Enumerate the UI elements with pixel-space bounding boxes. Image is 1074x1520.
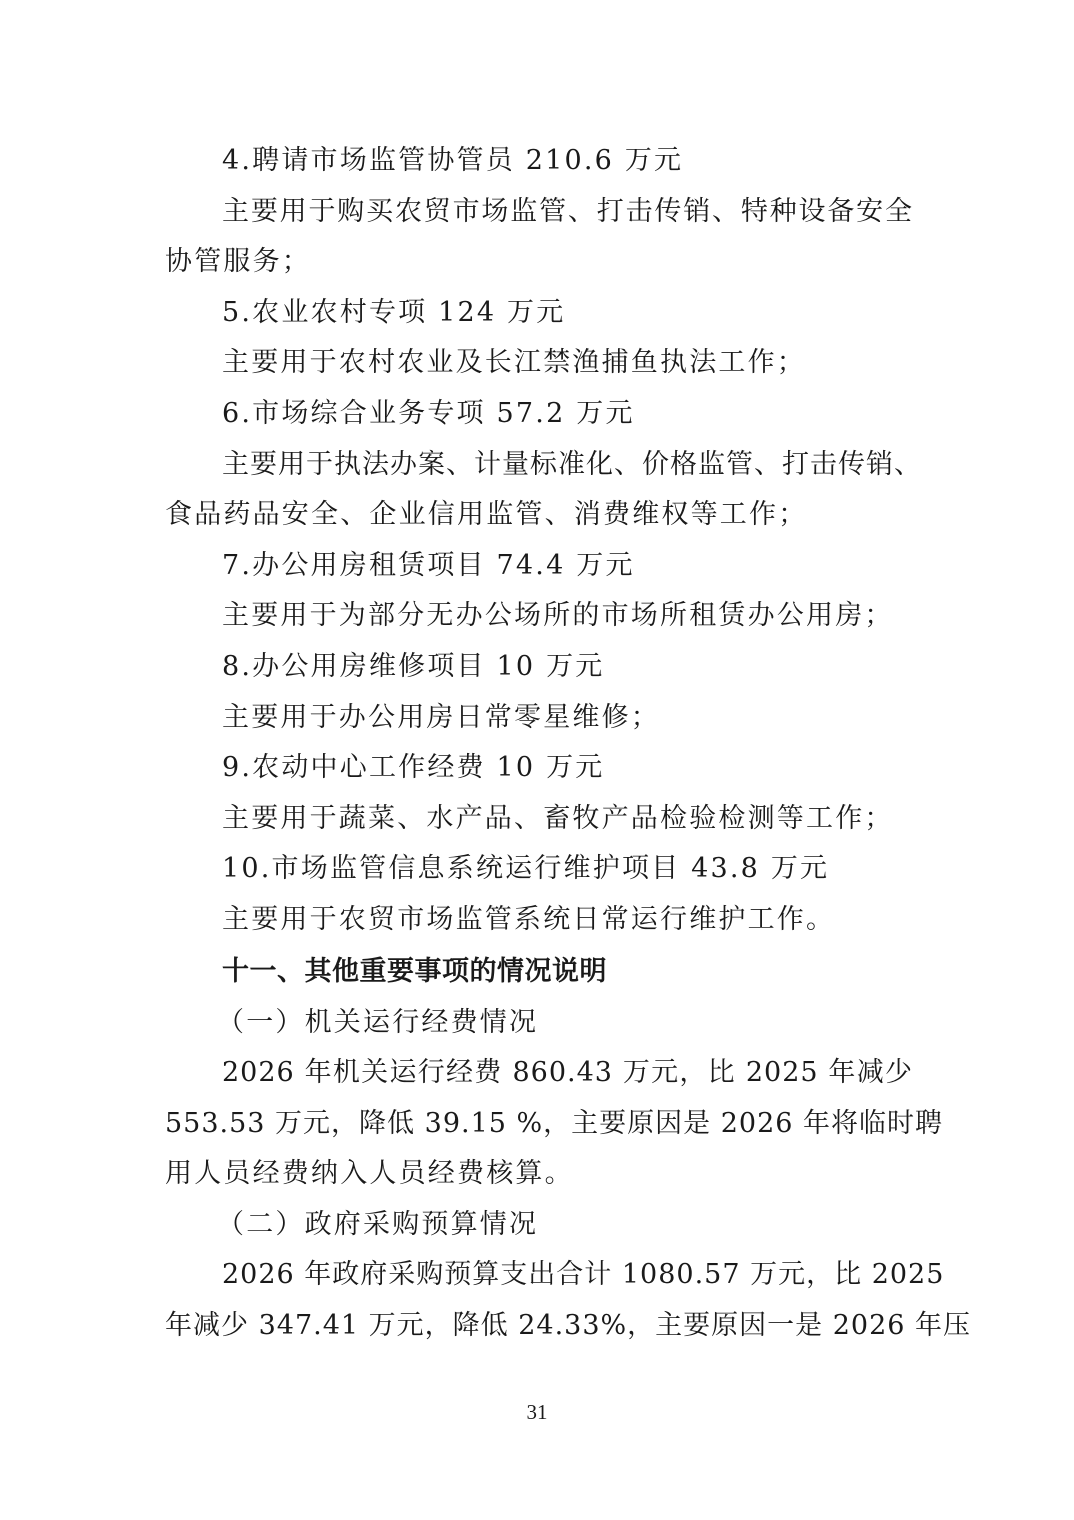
item-5-title: 5.农业农村专项 124 万元 xyxy=(165,288,913,339)
item-4-desc-line-2: 协管服务； xyxy=(165,237,913,288)
item-10-desc: 主要用于农贸市场监管系统日常运行维护工作。 xyxy=(165,895,913,946)
item-6-desc-line-2: 食品药品安全、企业信用监管、消费维权等工作； xyxy=(165,490,913,541)
subsection-2-line-1: 2026 年政府采购预算支出合计 1080.57 万元，比 2025 xyxy=(165,1250,913,1301)
document-page: 4.聘请市场监管协管员 210.6 万元 主要用于购买农贸市场监管、打击传销、特… xyxy=(165,136,913,1352)
page-number: 31 xyxy=(0,1400,1074,1425)
item-8-desc: 主要用于办公用房日常零星维修； xyxy=(165,693,913,744)
item-7-desc: 主要用于为部分无办公场所的市场所租赁办公用房； xyxy=(165,591,913,642)
subsection-1-line-2: 553.53 万元，降低 39.15 %，主要原因是 2026 年将临时聘 xyxy=(165,1099,913,1150)
section-heading: 十一、其他重要事项的情况说明 xyxy=(165,946,913,998)
item-8-title: 8.办公用房维修项目 10 万元 xyxy=(165,642,913,693)
subsection-1-heading: （一）机关运行经费情况 xyxy=(165,998,913,1049)
item-9-desc: 主要用于蔬菜、水产品、畜牧产品检验检测等工作； xyxy=(165,794,913,845)
subsection-1-line-1: 2026 年机关运行经费 860.43 万元，比 2025 年减少 xyxy=(165,1048,913,1099)
item-6-title: 6.市场综合业务专项 57.2 万元 xyxy=(165,389,913,440)
subsection-2-heading: （二）政府采购预算情况 xyxy=(165,1200,913,1251)
item-10-title: 10.市场监管信息系统运行维护项目 43.8 万元 xyxy=(165,844,913,895)
item-4-title: 4.聘请市场监管协管员 210.6 万元 xyxy=(165,136,913,187)
item-7-title: 7.办公用房租赁项目 74.4 万元 xyxy=(165,541,913,592)
item-9-title: 9.农动中心工作经费 10 万元 xyxy=(165,743,913,794)
item-5-desc: 主要用于农村农业及长江禁渔捕鱼执法工作； xyxy=(165,338,913,389)
item-6-desc-line-1: 主要用于执法办案、计量标准化、价格监管、打击传销、 xyxy=(165,440,913,491)
item-4-desc-line-1: 主要用于购买农贸市场监管、打击传销、特种设备安全 xyxy=(165,187,913,238)
subsection-2-line-2: 年减少 347.41 万元，降低 24.33%，主要原因一是 2026 年压 xyxy=(165,1301,913,1352)
subsection-1-line-3: 用人员经费纳入人员经费核算。 xyxy=(165,1149,913,1200)
